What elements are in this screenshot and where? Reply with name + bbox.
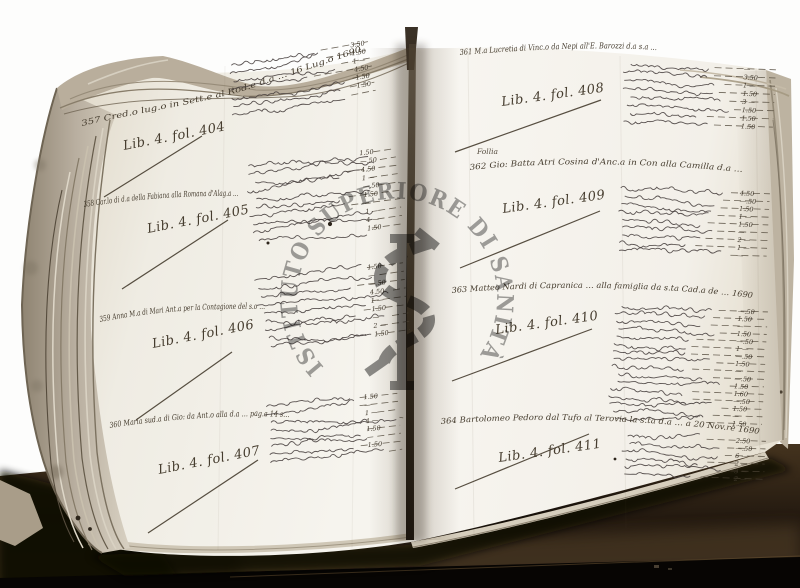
dust-speck (668, 568, 672, 570)
amount-value: 1.50 (366, 424, 381, 433)
archival-photograph: 357 Cred.o lug.o in Sett.e al Rod.e d.a … (0, 0, 800, 588)
amount-value: 1.50 (374, 329, 389, 338)
amount-value: — (736, 252, 743, 260)
margin-note: Follia (476, 147, 498, 156)
amount-value: 2 — (733, 475, 748, 484)
amount-value: — (744, 65, 751, 73)
dust-speck (654, 565, 659, 568)
amount-value: 1.50 (367, 440, 382, 449)
amount-value: 1.50 (371, 304, 386, 313)
amount-value: 1.50 (741, 122, 756, 131)
amount-value: 1.50 (367, 223, 382, 232)
amount-value: 1.50 (363, 392, 378, 401)
